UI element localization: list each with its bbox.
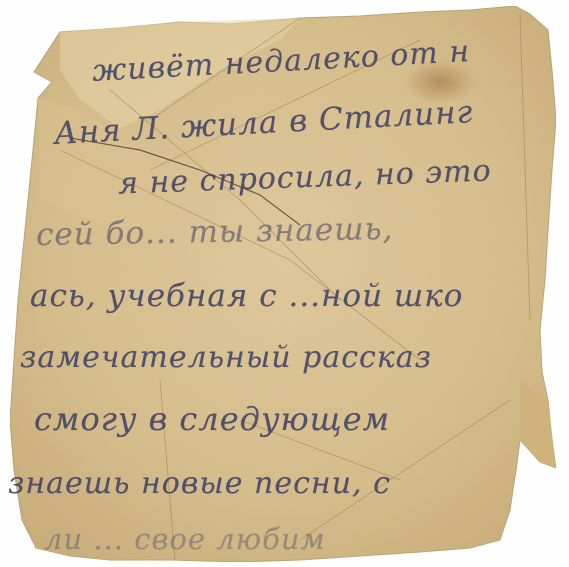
handwriting-line-6: замечательный рассказ [20,340,432,375]
handwriting-line-8: знаешь новые песни, с [8,466,391,501]
handwriting-line-7: смогу в следующем [34,400,390,438]
handwriting-line-4: сей бо... ты знаешь, [36,211,394,253]
photo-scene: живёт недалеко от н Аня Л. жила в Сталин… [0,0,569,567]
handwriting-line-9: ли ... свое любим [44,522,326,556]
handwriting-line-5: ась, учебная с ...ной шко [30,278,463,314]
